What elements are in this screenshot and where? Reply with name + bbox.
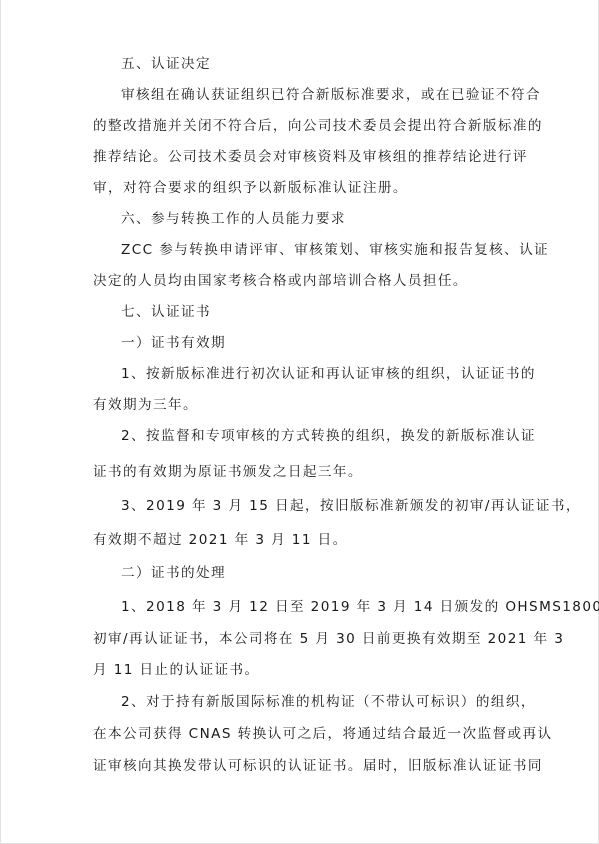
subsection-heading-validity: 一）证书有效期	[121, 334, 537, 352]
paragraph-line: 审，对符合要求的组织予以新版标准认证注册。	[93, 179, 509, 197]
section-heading-5: 五、认证决定	[121, 55, 537, 73]
paragraph-line: 2、按监督和专项审核的方式转换的组织，换发的新版标准认证	[121, 427, 537, 445]
paragraph-line: 1、按新版标准进行初次认证和再认证审核的组织，认证证书的	[121, 365, 537, 383]
section-heading-6: 六、参与转换工作的人员能力要求	[121, 210, 537, 228]
paragraph-line: 1、2018 年 3 月 12 日至 2019 年 3 月 14 日颁发的 OH…	[121, 598, 537, 616]
paragraph-line: 2、对于持有新版国际标准的机构证（不带认可标识）的组织，	[121, 693, 537, 711]
paragraph-line: 有效期为三年。	[93, 396, 509, 414]
paragraph-line: 的整改措施并关闭不符合后，向公司技术委员会提出符合新版标准的	[93, 117, 509, 135]
paragraph-line: 证审核向其换发带认可标识的认证证书。届时，旧版标准认证证书同	[93, 757, 509, 775]
paragraph-line: 3、2019 年 3 月 15 日起，按旧版标准新颁发的初审/再认证证书，	[121, 497, 537, 515]
paragraph-line: 推荐结论。公司技术委员会对审核资料及审核组的推荐结论进行评	[93, 148, 509, 166]
document-page: 五、认证决定 审核组在确认获证组织已符合新版标准要求，或在已验证不符合 的整改措…	[0, 0, 599, 844]
paragraph-line: 有效期不超过 2021 年 3 月 11 日。	[93, 531, 509, 549]
paragraph-line: 审核组在确认获证组织已符合新版标准要求，或在已验证不符合	[121, 86, 537, 104]
section-heading-7: 七、认证证书	[121, 303, 537, 321]
paragraph-line: 在本公司获得 CNAS 转换认可之后，将通过结合最近一次监督或再认	[93, 725, 509, 743]
paragraph-line: 初审/再认证证书，本公司将在 5 月 30 日前更换有效期至 2021 年 3	[93, 630, 509, 648]
paragraph-line: 月 11 日止的认证证书。	[93, 661, 509, 679]
paragraph-line: ZCC 参与转换申请评审、审核策划、审核实施和报告复核、认证	[121, 241, 537, 259]
subsection-heading-handling: 二）证书的处理	[121, 564, 537, 582]
paragraph-line: 决定的人员均由国家考核合格或内部培训合格人员担任。	[93, 272, 509, 290]
paragraph-line: 证书的有效期为原证书颁发之日起三年。	[93, 463, 509, 481]
